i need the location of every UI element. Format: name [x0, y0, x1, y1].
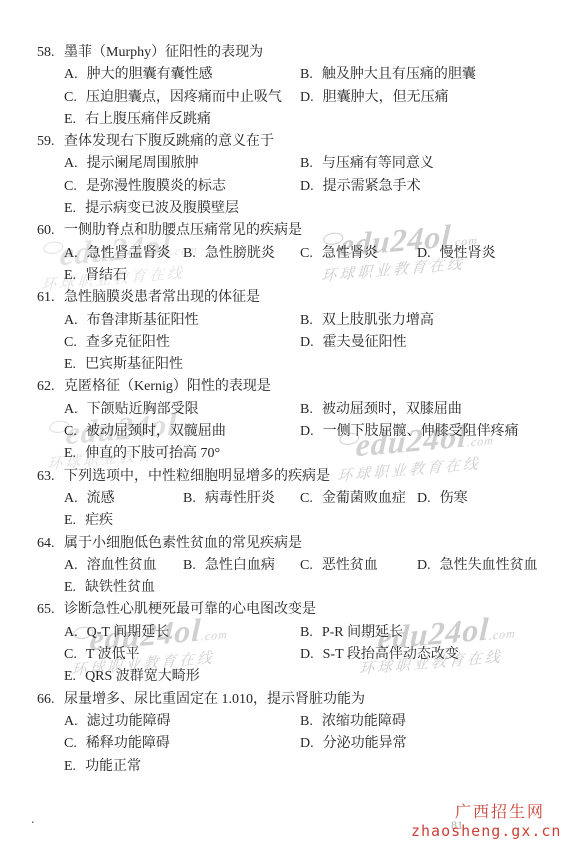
- option: C.是弥漫性腹膜炎的标志: [64, 176, 300, 198]
- option-text: 提示阑尾周围脓肿: [87, 156, 199, 171]
- option: C.T 波低平: [64, 644, 300, 666]
- question-block: 60.一侧肋脊点和肋腰点压痛常见的疾病是A.急性肾盂肾炎B.急性膀胱炎C.急性肾…: [0, 220, 580, 287]
- option-text: 急性失血性贫血: [440, 558, 538, 573]
- question-block: 63.下列选项中，中性粒细胞明显增多的疾病是A.流感B.病毒性肝炎C.金葡菌败血…: [0, 466, 580, 533]
- option-label: D.: [300, 647, 314, 662]
- question-stem: 下列选项中，中性粒细胞明显增多的疾病是: [64, 466, 330, 488]
- option-text: 浓缩功能障碍: [322, 714, 406, 729]
- option-label: A.: [64, 402, 78, 417]
- option-label: E.: [64, 201, 76, 216]
- option-label: E.: [64, 513, 76, 528]
- option-label: B.: [300, 625, 313, 640]
- option: C.急性肾炎: [300, 243, 417, 265]
- option: B.被动屈颈时，双膝屈曲: [300, 399, 580, 421]
- option-text: 急性肾炎: [322, 246, 378, 261]
- option-label: E.: [64, 580, 76, 595]
- option-label: D.: [300, 335, 314, 350]
- option-text: 急性肾盂肾炎: [87, 246, 171, 261]
- option-text: 伸直的下肢可抬高 70°: [85, 446, 220, 461]
- question-number: 64.: [37, 533, 64, 555]
- option: E.右上腹压痛伴反跳痛: [64, 109, 300, 131]
- option-text: 金葡菌败血症: [322, 491, 406, 506]
- option: A.滤过功能障碍: [64, 711, 300, 733]
- option-label: B.: [300, 402, 313, 417]
- option-label: E.: [64, 268, 76, 283]
- option: A.布鲁津斯基征阳性: [64, 310, 300, 332]
- option: B.急性白血病: [183, 555, 300, 577]
- option: A.急性肾盂肾炎: [64, 243, 183, 265]
- option: E.伸直的下肢可抬高 70°: [64, 443, 300, 465]
- option-label: A.: [64, 558, 78, 573]
- option-text: S-T 段抬高伴动态改变: [323, 647, 459, 662]
- option: D.一侧下肢屈髋、伸膝受阻伴疼痛: [300, 421, 580, 443]
- question-stem: 一侧肋脊点和肋腰点压痛常见的疾病是: [64, 220, 302, 242]
- option-text: 缺铁性贫血: [85, 580, 155, 595]
- option: E.缺铁性贫血: [64, 577, 183, 599]
- footer-site-url: zhaosheng.gx.cn: [411, 822, 561, 840]
- footer-site-name: 广西招生网: [455, 799, 545, 822]
- option-text: 急性白血病: [205, 558, 275, 573]
- option-text: 胆囊肿大，但无压痛: [323, 90, 449, 105]
- option: E.QRS 波群宽大畸形: [64, 666, 300, 688]
- option: B.触及肿大且有压痛的胆囊: [300, 64, 580, 86]
- option-text: 下颌贴近胸部受限: [87, 402, 199, 417]
- option-label: A.: [64, 625, 78, 640]
- question-list: 58.墨菲（Murphy）征阳性的表现为A.肿大的胆囊有囊性感B.触及肿大且有压…: [0, 42, 580, 778]
- option: E.巴宾斯基征阳性: [64, 354, 300, 376]
- option-label: C.: [64, 647, 77, 662]
- option-text: QRS 波群宽大畸形: [85, 669, 200, 684]
- option: E.功能正常: [64, 756, 300, 778]
- question-block: 61.急性脑膜炎患者常出现的体征是A.布鲁津斯基征阳性B.双上肢肌张力增高C.查…: [0, 287, 580, 376]
- question-number: 63.: [37, 466, 64, 488]
- option-label: C.: [300, 558, 313, 573]
- question-number: 59.: [37, 131, 64, 153]
- stray-scan-mark: .: [31, 812, 35, 828]
- option-text: 肿大的胆囊有囊性感: [87, 67, 213, 82]
- question-number: 65.: [37, 599, 64, 621]
- option-label: C.: [64, 335, 77, 350]
- option: D.提示需紧急手术: [300, 176, 580, 198]
- option-label: B.: [183, 491, 196, 506]
- option-label: C.: [64, 179, 77, 194]
- option-label: C.: [300, 491, 313, 506]
- option-label: B.: [300, 714, 313, 729]
- option-text: 被动屈颈时，双髋屈曲: [86, 424, 226, 439]
- option: D.慢性肾炎: [417, 243, 580, 265]
- option-text: 稀释功能障碍: [86, 736, 170, 751]
- option: E.疟疾: [64, 510, 183, 532]
- option-text: 功能正常: [85, 759, 141, 774]
- option-text: 与压痛有等同意义: [322, 156, 434, 171]
- option-text: 滤过功能障碍: [87, 714, 171, 729]
- option-label: D.: [417, 558, 431, 573]
- option-text: 流感: [87, 491, 115, 506]
- option-text: 疟疾: [85, 513, 113, 528]
- option: B.与压痛有等同意义: [300, 153, 580, 175]
- option-label: D.: [417, 491, 431, 506]
- option-text: P-R 间期延长: [322, 625, 403, 640]
- option: A.下颌贴近胸部受限: [64, 399, 300, 421]
- question-block: 59.查体发现右下腹反跳痛的意义在于A.提示阑尾周围脓肿B.与压痛有等同意义C.…: [0, 131, 580, 220]
- option: E.提示病变已波及腹膜壁层: [64, 198, 300, 220]
- question-number: 58.: [37, 42, 64, 64]
- option: C.恶性贫血: [300, 555, 417, 577]
- question-stem: 属于小细胞低色素性贫血的常见疾病是: [64, 533, 302, 555]
- option-label: D.: [300, 179, 314, 194]
- option: C.压迫胆囊点，因疼痛而中止吸气: [64, 87, 300, 109]
- option-text: 布鲁津斯基征阳性: [87, 313, 199, 328]
- option-text: 巴宾斯基征阳性: [85, 357, 183, 372]
- option: A.流感: [64, 488, 183, 510]
- option-label: C.: [64, 90, 77, 105]
- question-number: 62.: [37, 376, 64, 398]
- option-label: E.: [64, 112, 76, 127]
- question-stem: 克匿格征（Kernig）阳性的表现是: [64, 376, 271, 398]
- option: B.P-R 间期延长: [300, 622, 580, 644]
- option-label: D.: [300, 736, 314, 751]
- question-stem: 诊断急性心肌梗死最可靠的心电图改变是: [64, 599, 316, 621]
- option-text: 是弥漫性腹膜炎的标志: [86, 179, 226, 194]
- option-text: 被动屈颈时，双膝屈曲: [322, 402, 462, 417]
- question-block: 65.诊断急性心肌梗死最可靠的心电图改变是A.Q-T 间期延长B.P-R 间期延…: [0, 599, 580, 688]
- option-text: 恶性贫血: [322, 558, 378, 573]
- question-block: 66.尿量增多、尿比重固定在 1.010，提示肾脏功能为A.滤过功能障碍B.浓缩…: [0, 689, 580, 778]
- option-label: A.: [64, 491, 78, 506]
- option-text: 伤寒: [440, 491, 468, 506]
- option-text: 触及肿大且有压痛的胆囊: [322, 67, 476, 82]
- option: D.伤寒: [417, 488, 580, 510]
- option-text: 查多克征阳性: [86, 335, 170, 350]
- option-label: D.: [300, 424, 314, 439]
- option-text: 急性膀胱炎: [205, 246, 275, 261]
- option-label: B.: [300, 156, 313, 171]
- option-label: A.: [64, 67, 78, 82]
- option-label: D.: [417, 246, 431, 261]
- option-text: 一侧下肢屈髋、伸膝受阻伴疼痛: [323, 424, 519, 439]
- option: A.提示阑尾周围脓肿: [64, 153, 300, 175]
- option-label: A.: [64, 313, 78, 328]
- option: B.病毒性肝炎: [183, 488, 300, 510]
- option-text: 分泌功能异常: [323, 736, 407, 751]
- option-label: B.: [300, 313, 313, 328]
- option: B.双上肢肌张力增高: [300, 310, 580, 332]
- option-text: 病毒性肝炎: [205, 491, 275, 506]
- option-text: 压迫胆囊点，因疼痛而中止吸气: [86, 90, 282, 105]
- option: D.分泌功能异常: [300, 733, 580, 755]
- option-text: 右上腹压痛伴反跳痛: [85, 112, 211, 127]
- option: C.被动屈颈时，双髋屈曲: [64, 421, 300, 443]
- option: C.稀释功能障碍: [64, 733, 300, 755]
- option-text: 霍夫曼征阳性: [323, 335, 407, 350]
- question-block: 62.克匿格征（Kernig）阳性的表现是A.下颌贴近胸部受限B.被动屈颈时，双…: [0, 376, 580, 465]
- option-text: 提示病变已波及腹膜壁层: [85, 201, 239, 216]
- question-stem: 墨菲（Murphy）征阳性的表现为: [64, 42, 263, 64]
- option: D.急性失血性贫血: [417, 555, 580, 577]
- option-text: T 波低平: [86, 647, 140, 662]
- option-text: 肾结石: [85, 268, 127, 283]
- question-block: 58.墨菲（Murphy）征阳性的表现为A.肿大的胆囊有囊性感B.触及肿大且有压…: [0, 42, 580, 131]
- option: D.S-T 段抬高伴动态改变: [300, 644, 580, 666]
- option-label: A.: [64, 714, 78, 729]
- option: C.查多克征阳性: [64, 332, 300, 354]
- option-label: E.: [64, 357, 76, 372]
- option-label: D.: [300, 90, 314, 105]
- option-text: 慢性肾炎: [440, 246, 496, 261]
- option-label: B.: [183, 246, 196, 261]
- question-number: 61.: [37, 287, 64, 309]
- option: E.肾结石: [64, 265, 183, 287]
- question-block: 64.属于小细胞低色素性贫血的常见疾病是A.溶血性贫血B.急性白血病C.恶性贫血…: [0, 533, 580, 600]
- option-text: 提示需紧急手术: [323, 179, 421, 194]
- option-label: A.: [64, 246, 78, 261]
- scanned-exam-page: edu24ol.com 环球职业教育在线 edu24ol.com 环球职业教育在…: [0, 0, 580, 855]
- option: A.肿大的胆囊有囊性感: [64, 64, 300, 86]
- option-label: B.: [300, 67, 313, 82]
- option: B.急性膀胱炎: [183, 243, 300, 265]
- option: D.胆囊肿大，但无压痛: [300, 87, 580, 109]
- option: D.霍夫曼征阳性: [300, 332, 580, 354]
- option-label: E.: [64, 759, 76, 774]
- option-label: C.: [64, 424, 77, 439]
- question-number: 66.: [37, 689, 64, 711]
- question-stem: 尿量增多、尿比重固定在 1.010，提示肾脏功能为: [64, 689, 365, 711]
- option-label: E.: [64, 446, 76, 461]
- option: B.浓缩功能障碍: [300, 711, 580, 733]
- option-text: 溶血性贫血: [87, 558, 157, 573]
- option-text: Q-T 间期延长: [87, 625, 170, 640]
- option: A.Q-T 间期延长: [64, 622, 300, 644]
- option-label: C.: [300, 246, 313, 261]
- question-stem: 查体发现右下腹反跳痛的意义在于: [64, 131, 274, 153]
- option: A.溶血性贫血: [64, 555, 183, 577]
- option-text: 双上肢肌张力增高: [322, 313, 434, 328]
- option-label: C.: [64, 736, 77, 751]
- question-stem: 急性脑膜炎患者常出现的体征是: [64, 287, 260, 309]
- option-label: B.: [183, 558, 196, 573]
- option-label: A.: [64, 156, 78, 171]
- question-number: 60.: [37, 220, 64, 242]
- option-label: E.: [64, 669, 76, 684]
- option: C.金葡菌败血症: [300, 488, 417, 510]
